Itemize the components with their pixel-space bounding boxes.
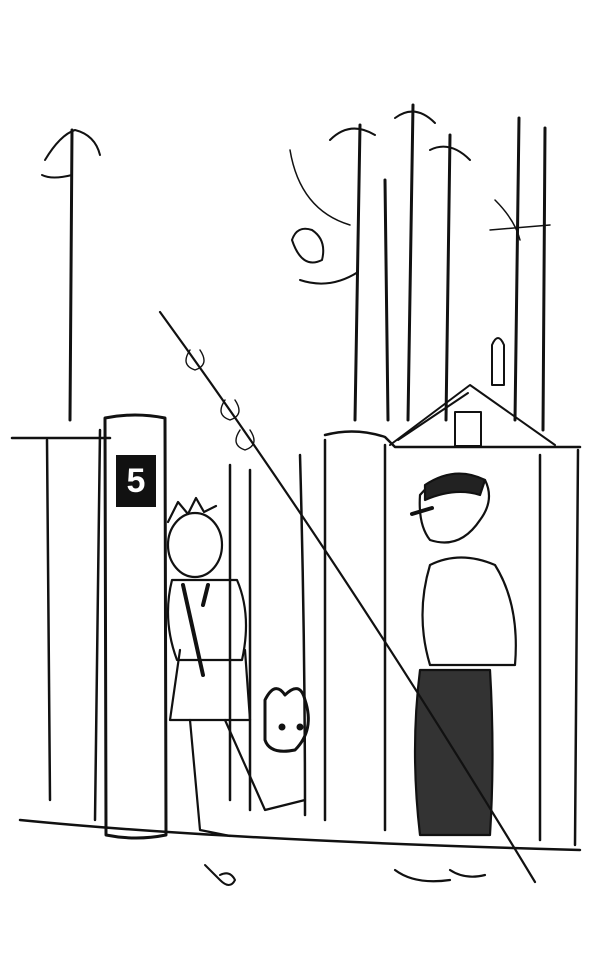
gate-number-plate: 5: [116, 455, 156, 507]
wooden-fence: [12, 430, 580, 850]
house-roof: [390, 338, 555, 446]
boy-leaning-on-post: [168, 498, 305, 836]
illustration: [0, 0, 600, 979]
shaggy-dog: [265, 689, 308, 752]
small-bird: [205, 865, 235, 885]
pine-trees: [42, 105, 550, 430]
